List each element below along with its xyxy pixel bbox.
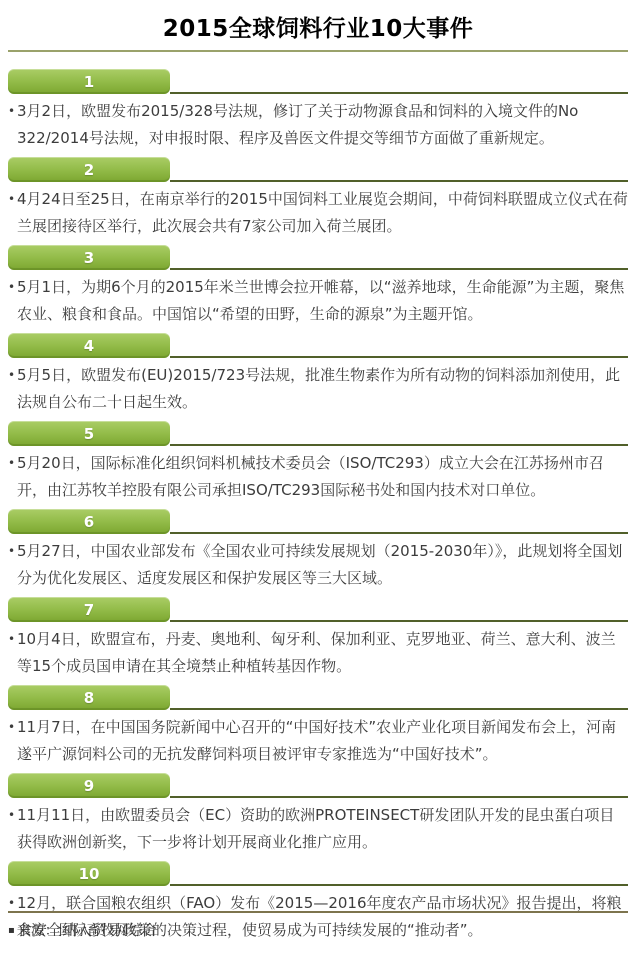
event-text: 5月1日，为期6个月的2015年米兰世博会拉开帷幕，以“滋养地球，生命能源”为主… bbox=[17, 274, 628, 328]
document-page: 2015全球饲料行业10大事件 1 • 3月2日，欧盟发布2015/328号法规… bbox=[0, 0, 636, 960]
source-text: 来源：国际畜牧网综合 bbox=[17, 920, 157, 940]
event-item: • 3月2日，欧盟发布2015/328号法规，修订了关于动物源食品和饲料的入境文… bbox=[8, 98, 628, 152]
bullet-marker: • bbox=[8, 802, 17, 856]
event-section-9: 9 • 11月11日，由欧盟委员会（EC）资助的欧洲PROTEINSECT研发团… bbox=[8, 773, 628, 856]
banner-row: 3 bbox=[8, 245, 628, 270]
number-badge: 4 bbox=[8, 333, 170, 358]
bullet-marker: • bbox=[8, 626, 17, 680]
bullet-marker: • bbox=[8, 714, 17, 768]
event-text: 11月11日，由欧盟委员会（EC）资助的欧洲PROTEINSECT研发团队开发的… bbox=[17, 802, 628, 856]
number-badge: 8 bbox=[8, 685, 170, 710]
event-text: 5月27日，中国农业部发布《全国农业可持续发展规划（2015-2030年）》，此… bbox=[17, 538, 628, 592]
banner-divider bbox=[170, 532, 628, 534]
number-badge: 10 bbox=[8, 861, 170, 886]
event-item: • 5月27日，中国农业部发布《全国农业可持续发展规划（2015-2030年）》… bbox=[8, 538, 628, 592]
event-section-2: 2 • 4月24日至25日，在南京举行的2015中国饲料工业展览会期间，中荷饲料… bbox=[8, 157, 628, 240]
number-badge: 9 bbox=[8, 773, 170, 798]
event-text: 11月7日，在中国国务院新闻中心召开的“中国好技术”农业产业化项目新闻发布会上，… bbox=[17, 714, 628, 768]
bullet-marker: • bbox=[8, 362, 17, 416]
bullet-marker: • bbox=[8, 98, 17, 152]
event-text: 3月2日，欧盟发布2015/328号法规，修订了关于动物源食品和饲料的入境文件的… bbox=[17, 98, 628, 152]
event-text: 5月20日，国际标准化组织饲料机械技术委员会（ISO/TC293）成立大会在江苏… bbox=[17, 450, 628, 504]
bullet-marker: • bbox=[8, 274, 17, 328]
event-text: 5月5日，欧盟发布(EU)2015/723号法规，批准生物素作为所有动物的饲料添… bbox=[17, 362, 628, 416]
event-section-1: 1 • 3月2日，欧盟发布2015/328号法规，修订了关于动物源食品和饲料的入… bbox=[8, 69, 628, 152]
banner-row: 10 bbox=[8, 861, 628, 886]
event-item: • 5月1日，为期6个月的2015年米兰世博会拉开帷幕，以“滋养地球，生命能源”… bbox=[8, 274, 628, 328]
event-section-8: 8 • 11月7日，在中国国务院新闻中心召开的“中国好技术”农业产业化项目新闻发… bbox=[8, 685, 628, 768]
event-text: 10月4日，欧盟宣布，丹麦、奥地利、匈牙利、保加利亚、克罗地亚、荷兰、意大利、波… bbox=[17, 626, 628, 680]
banner-row: 7 bbox=[8, 597, 628, 622]
banner-divider bbox=[170, 356, 628, 358]
banner-divider bbox=[170, 620, 628, 622]
number-badge: 7 bbox=[8, 597, 170, 622]
banner-divider bbox=[170, 796, 628, 798]
event-item: • 11月7日，在中国国务院新闻中心召开的“中国好技术”农业产业化项目新闻发布会… bbox=[8, 714, 628, 768]
event-item: • 11月11日，由欧盟委员会（EC）资助的欧洲PROTEINSECT研发团队开… bbox=[8, 802, 628, 856]
banner-divider bbox=[170, 268, 628, 270]
bullet-marker: • bbox=[8, 186, 17, 240]
event-section-3: 3 • 5月1日，为期6个月的2015年米兰世博会拉开帷幕，以“滋养地球，生命能… bbox=[8, 245, 628, 328]
event-list: 1 • 3月2日，欧盟发布2015/328号法规，修订了关于动物源食品和饲料的入… bbox=[8, 69, 628, 944]
event-item: • 5月20日，国际标准化组织饲料机械技术委员会（ISO/TC293）成立大会在… bbox=[8, 450, 628, 504]
event-section-4: 4 • 5月5日，欧盟发布(EU)2015/723号法规，批准生物素作为所有动物… bbox=[8, 333, 628, 416]
banner-divider bbox=[170, 92, 628, 94]
number-badge: 3 bbox=[8, 245, 170, 270]
banner-row: 4 bbox=[8, 333, 628, 358]
title-divider bbox=[8, 50, 628, 52]
event-section-6: 6 • 5月27日，中国农业部发布《全国农业可持续发展规划（2015-2030年… bbox=[8, 509, 628, 592]
event-item: • 5月5日，欧盟发布(EU)2015/723号法规，批准生物素作为所有动物的饲… bbox=[8, 362, 628, 416]
number-badge: 6 bbox=[8, 509, 170, 534]
banner-divider bbox=[170, 180, 628, 182]
banner-row: 2 bbox=[8, 157, 628, 182]
number-badge: 2 bbox=[8, 157, 170, 182]
bullet-marker: • bbox=[8, 538, 17, 592]
banner-row: 1 bbox=[8, 69, 628, 94]
number-badge: 1 bbox=[8, 69, 170, 94]
event-text: 4月24日至25日，在南京举行的2015中国饲料工业展览会期间，中荷饲料联盟成立… bbox=[17, 186, 628, 240]
number-badge: 5 bbox=[8, 421, 170, 446]
banner-row: 9 bbox=[8, 773, 628, 798]
bullet-marker: • bbox=[8, 450, 17, 504]
event-section-5: 5 • 5月20日，国际标准化组织饲料机械技术委员会（ISO/TC293）成立大… bbox=[8, 421, 628, 504]
event-item: • 4月24日至25日，在南京举行的2015中国饲料工业展览会期间，中荷饲料联盟… bbox=[8, 186, 628, 240]
source-footer: ▪ 来源：国际畜牧网综合 bbox=[8, 911, 628, 940]
page-title: 2015全球饲料行业10大事件 bbox=[8, 8, 628, 43]
event-section-7: 7 • 10月4日，欧盟宣布，丹麦、奥地利、匈牙利、保加利亚、克罗地亚、荷兰、意… bbox=[8, 597, 628, 680]
banner-row: 6 bbox=[8, 509, 628, 534]
banner-row: 8 bbox=[8, 685, 628, 710]
banner-row: 5 bbox=[8, 421, 628, 446]
square-bullet-marker: ▪ bbox=[8, 925, 15, 936]
banner-divider bbox=[170, 444, 628, 446]
event-item: • 10月4日，欧盟宣布，丹麦、奥地利、匈牙利、保加利亚、克罗地亚、荷兰、意大利… bbox=[8, 626, 628, 680]
banner-divider bbox=[170, 708, 628, 710]
banner-divider bbox=[170, 884, 628, 886]
